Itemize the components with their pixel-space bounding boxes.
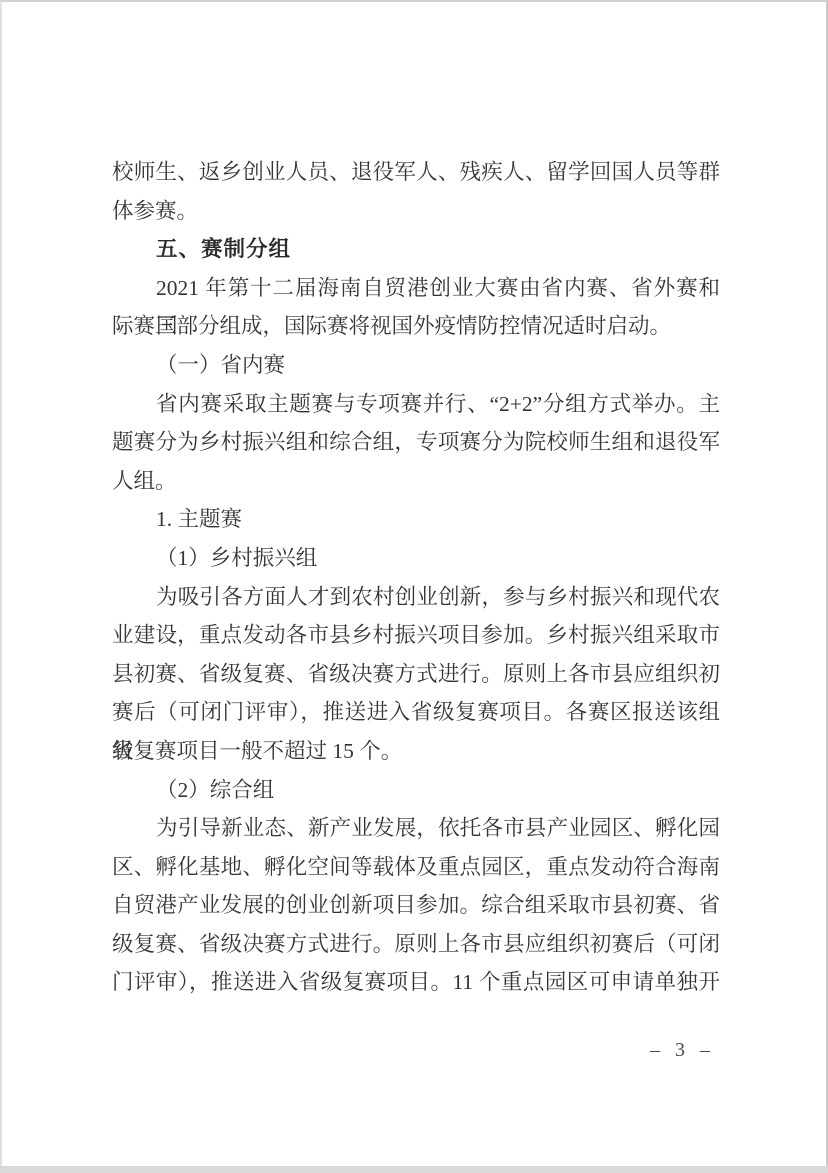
doc-line: 自贸港产业发展的创业创新项目参加。综合组采取市县初赛、省 [112, 886, 720, 925]
doc-line: 人组。 [112, 462, 720, 501]
heading-subsection-1: （一）省内赛 [112, 346, 720, 385]
doc-line: 题赛分为乡村振兴组和综合组，专项赛分为院校师生组和退役军 [112, 423, 720, 462]
document-page: 校师生、返乡创业人员、退役军人、残疾人、留学回国人员等群 体参赛。 五、赛制分组… [0, 0, 828, 1166]
doc-line: 业建设，重点发动各市县乡村振兴项目参加。乡村振兴组采取市 [112, 616, 720, 655]
doc-line: 际赛三部分组成，国际赛将视国外疫情防控情况适时启动。 [112, 307, 720, 346]
doc-line: 校师生、返乡创业人员、退役军人、残疾人、留学回国人员等群 [112, 153, 720, 192]
doc-line: 区、孵化基地、孵化空间等载体及重点园区，重点发动符合海南 [112, 848, 720, 887]
doc-line: 县初赛、省级复赛、省级决赛方式进行。原则上各市县应组织初 [112, 655, 720, 694]
doc-line: 2021 年第十二届海南自贸港创业大赛由省内赛、省外赛和国 [112, 269, 720, 308]
heading-section-5: 五、赛制分组 [112, 230, 720, 269]
heading-general-group: （2）综合组 [112, 771, 720, 810]
doc-line: 级复赛、省级决赛方式进行。原则上各市县应组织初赛后（可闭 [112, 925, 720, 964]
text-column: 校师生、返乡创业人员、退役军人、残疾人、留学回国人员等群 体参赛。 五、赛制分组… [112, 153, 720, 1002]
doc-line: 门评审），推送进入省级复赛项目。11 个重点园区可申请单独开 [112, 963, 720, 1002]
doc-line: 体参赛。 [112, 192, 720, 231]
doc-line: 为吸引各方面人才到农村创业创新，参与乡村振兴和现代农 [112, 578, 720, 617]
doc-line: 赛后（可闭门评审），推送进入省级复赛项目。各赛区报送该组省 [112, 693, 720, 732]
heading-rural-group: （1）乡村振兴组 [112, 539, 720, 578]
doc-line: 为引导新业态、新产业发展，依托各市县产业园区、孵化园 [112, 809, 720, 848]
doc-line: 省内赛采取主题赛与专项赛并行、“2+2”分组方式举办。主 [112, 385, 720, 424]
doc-line: 级复赛项目一般不超过 15 个。 [112, 732, 720, 771]
page-number: – 3 – [650, 1038, 715, 1062]
heading-theme-contest: 1. 主题赛 [112, 500, 720, 539]
